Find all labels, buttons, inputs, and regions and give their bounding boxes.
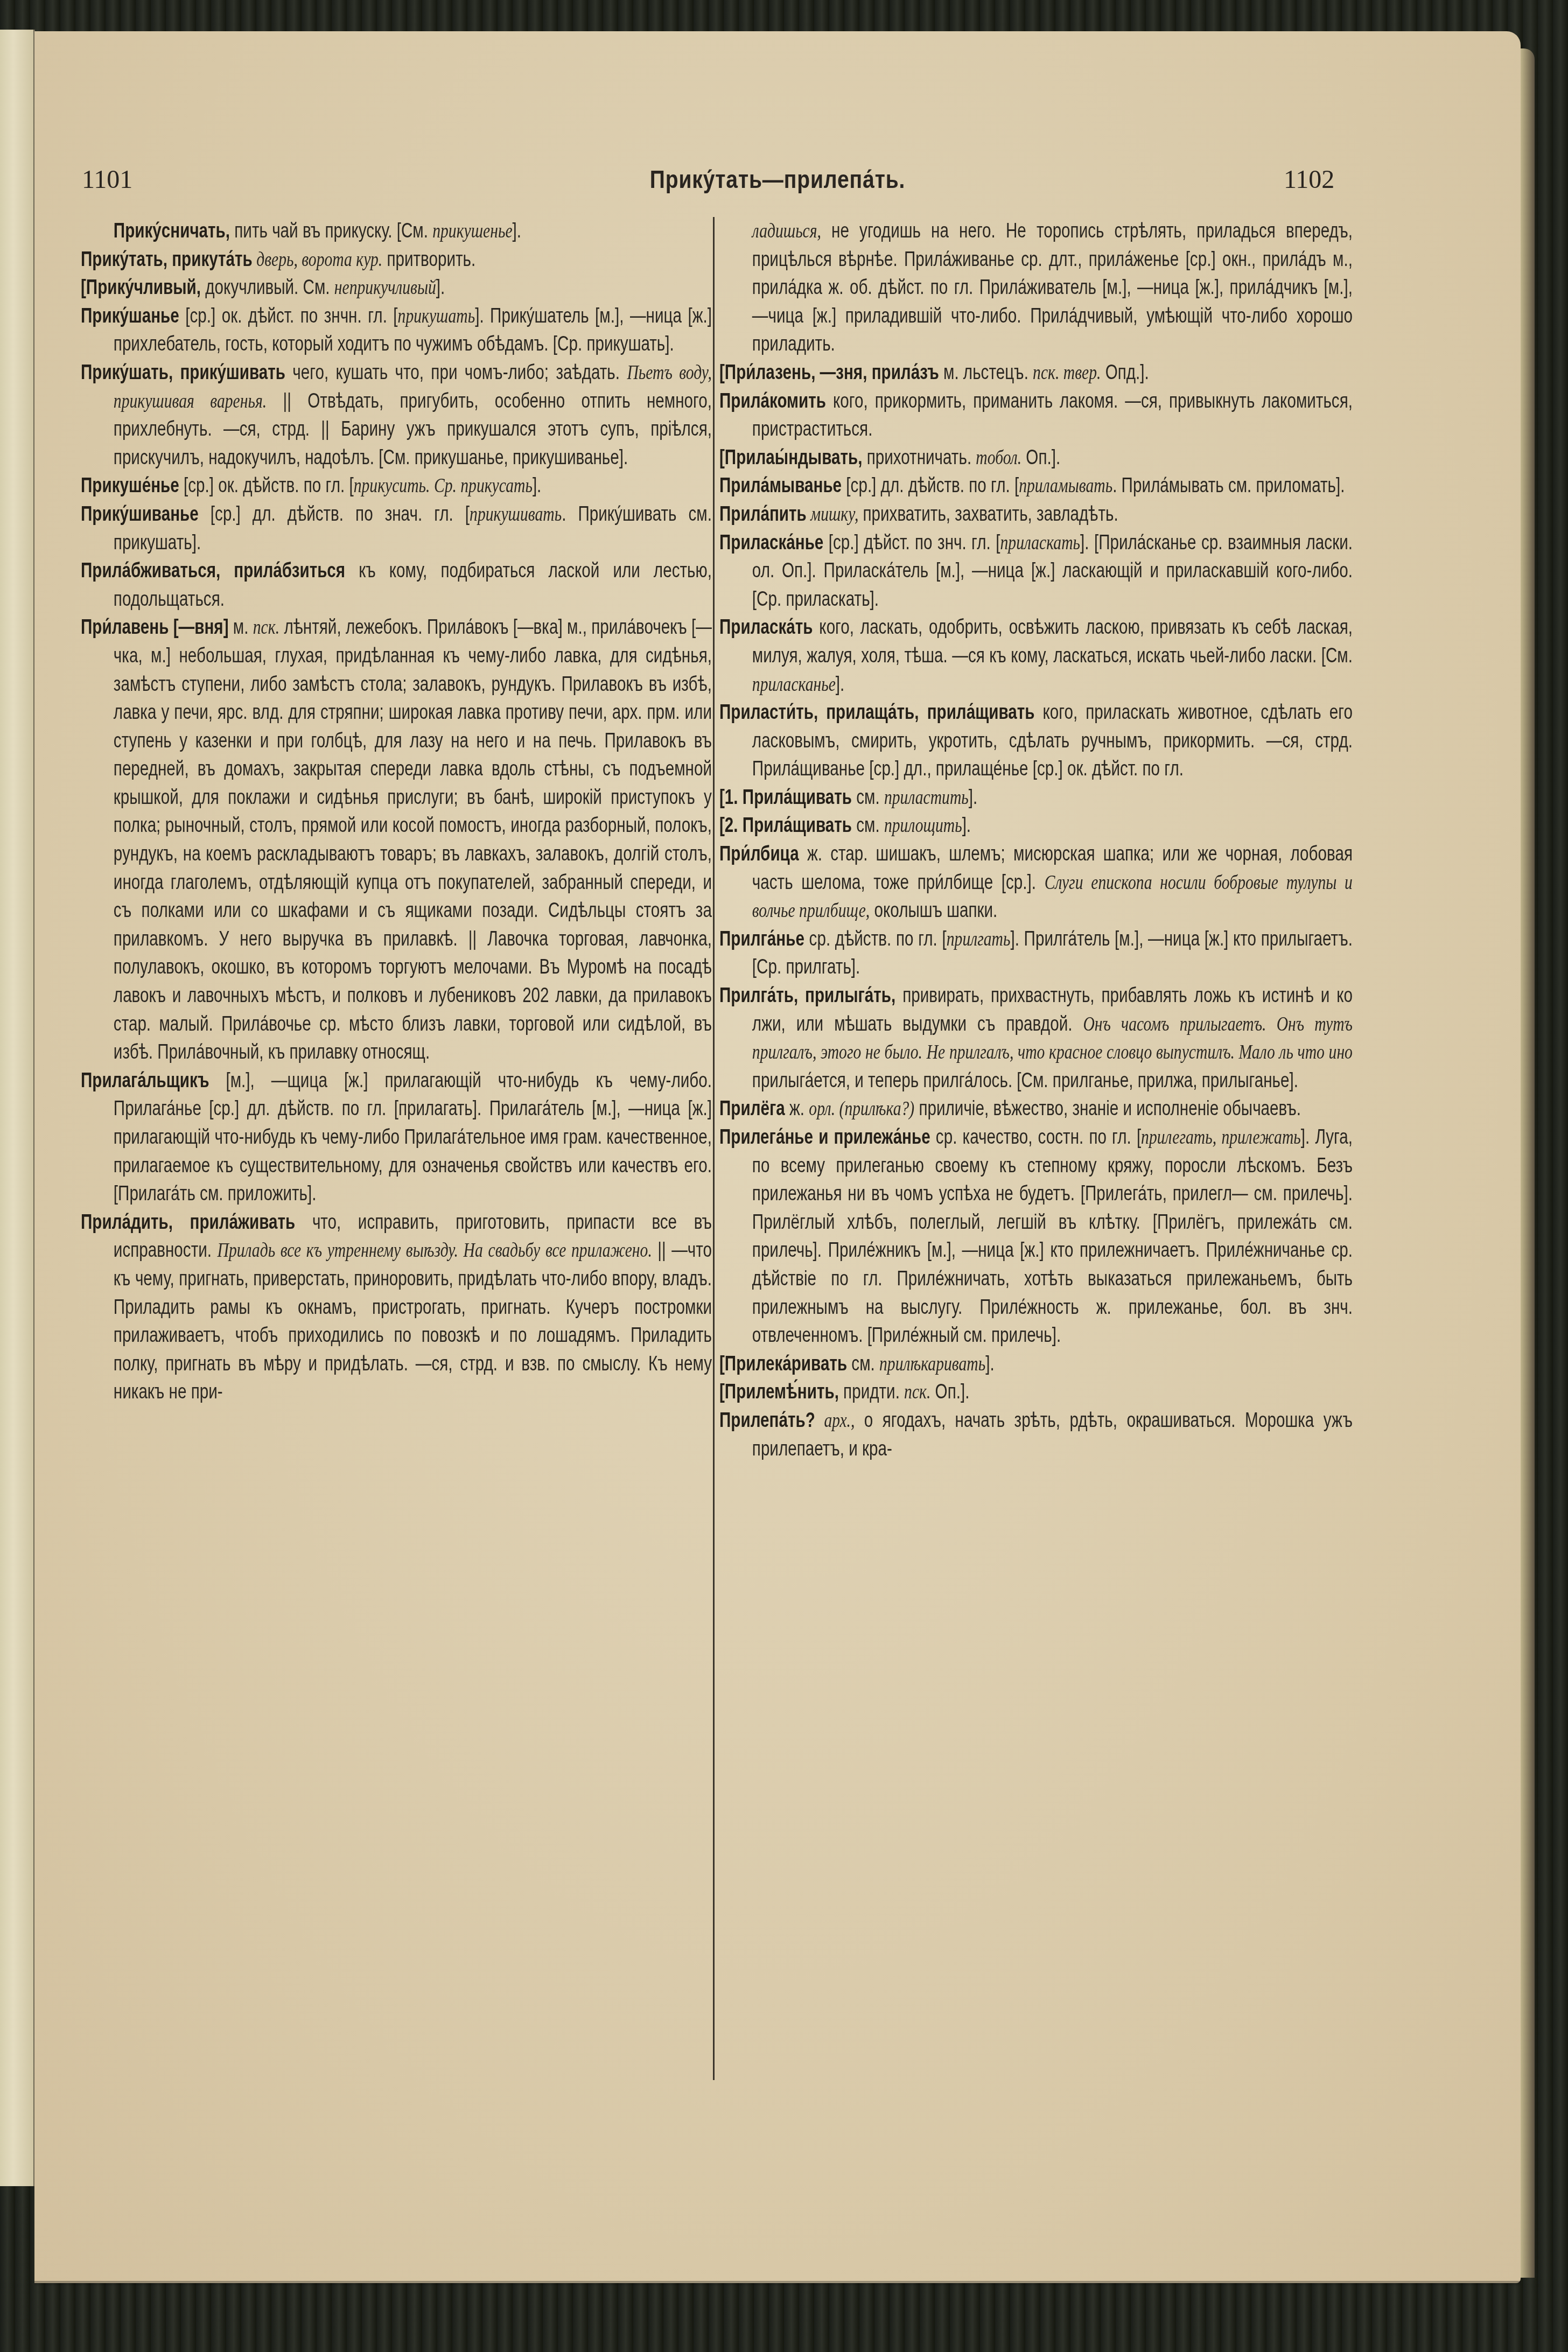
italic-example: ладишься, — [752, 220, 821, 242]
italic-example: дверь, ворота кур. — [253, 248, 382, 271]
entry-text: не угодишь на него. — [821, 220, 1006, 242]
entry-text: ж. — [785, 1097, 809, 1120]
italic-example: Приладь все къ утреннему выѣзду. На свад… — [218, 1239, 652, 1262]
italic-example: тобол. — [976, 446, 1021, 469]
dictionary-entry: [Прику́чливый, докучливый. См. неприкучл… — [81, 274, 712, 302]
entry-text: лѣнтяй, лежебокъ. Прила́вокъ [—вка] м., … — [114, 616, 712, 1063]
entry-text: ср. качество, состн. по гл. [ — [930, 1126, 1141, 1149]
entry-text: Оп.]. — [930, 1381, 969, 1403]
dictionary-entry: Прику́тать, прикута́ть дверь, ворота кур… — [81, 246, 712, 274]
entry-text: [ср.] дл. дѣйств. по знач. гл. [ — [199, 503, 470, 526]
headword: [При́лазень, —зня, прила́зъ — [719, 361, 939, 384]
entry-text: || —что къ чему, пригнать, приверстать, … — [114, 1239, 712, 1403]
entry-text: ]. Луга, по всему прилеганью своему къ с… — [752, 1126, 1353, 1347]
dictionary-entry: Прику́сничать, пить чай въ прикуску. [См… — [81, 217, 712, 246]
italic-example: пск. твер. — [1033, 361, 1101, 384]
dictionary-entry: Прила́мыванье [ср.] дл. дѣйств. по гл. [… — [719, 472, 1353, 500]
dictionary-entry: [2. Прила́щивать см. прилощить]. — [719, 811, 1353, 840]
italic-example: прилегать, прилежать — [1141, 1126, 1301, 1149]
dictionary-entry: Прилга́ть, прилыга́ть, привирать, прихва… — [719, 982, 1353, 1095]
entry-text: кого, ласкать, одобрить, освѣжить ласкою… — [752, 616, 1353, 667]
headword: Прила́бживаться, прила́бзиться — [81, 559, 345, 582]
headword: [Прилаы́ндывать, — [719, 446, 862, 469]
entry-text: околышъ шапки. — [870, 899, 997, 922]
dictionary-entry: [1. Прила́щивать см. приластить]. — [719, 783, 1353, 812]
italic-example: прикушенье — [432, 220, 512, 242]
entry-text: ]. — [836, 673, 844, 696]
facing-page-edge — [0, 30, 35, 2186]
dictionary-entry: Прилега́нье и прилежа́нье ср. качество, … — [719, 1123, 1353, 1350]
dictionary-entry: При́лавень [—вня] м. пск. лѣнтяй, лежебо… — [81, 613, 712, 1067]
entry-text: ]. — [985, 1353, 994, 1375]
dictionary-entry: Прила́комить кого, прикормить, приманить… — [719, 387, 1353, 444]
dictionary-entry: Прила́пить мишку, прихватить, захватить,… — [719, 500, 1353, 529]
entry-text: ]. — [533, 474, 541, 497]
entry-text: см. — [847, 1353, 879, 1375]
entry-text: прихотничать. — [862, 446, 976, 469]
italic-example: прилѣкаривать — [879, 1353, 985, 1375]
entry-text: пить чай въ прикуску. [См. — [230, 220, 432, 242]
entry-text: ср. дѣйств. по гл. [ — [804, 928, 947, 950]
entry-text: ]. — [969, 786, 977, 809]
entry-text: ]. — [436, 276, 445, 299]
entry-text: о ягодахъ, начать зрѣть, рдѣть, окрашива… — [855, 1409, 1245, 1432]
italic-example: орл. (прилѣка?) — [809, 1097, 914, 1120]
entry-text: ]. — [962, 814, 971, 837]
dictionary-entry: [Прилемѣ́нить, придти. пск. Оп.]. — [719, 1378, 1353, 1406]
dictionary-entry: Прикуше́нье [ср.] ок. дѣйств. по гл. [пр… — [81, 472, 712, 500]
italic-example: прилгать — [947, 928, 1011, 950]
dictionary-entry: Прила́дить, прила́живать что, исправить,… — [81, 1208, 712, 1406]
headword: [1. Прила́щивать — [719, 786, 852, 809]
italic-example: пск. — [253, 616, 279, 639]
headword: Прику́шанье — [81, 305, 179, 327]
column-divider — [713, 217, 715, 2080]
italic-example: приласканье — [752, 673, 836, 696]
headword: Прила́мыванье — [719, 474, 842, 497]
dictionary-entry: [Прилека́ривать см. прилѣкаривать]. — [719, 1350, 1353, 1378]
right-column: ладишься, не угодишь на него. Не торопис… — [719, 217, 1353, 1463]
dictionary-entry: [Прилаы́ндывать, прихотничать. тобол. Оп… — [719, 444, 1353, 472]
dictionary-entry: Прилёга ж. орл. (прилѣка?) приличiе, вѣж… — [719, 1095, 1353, 1123]
italic-example: прикушивать — [470, 503, 562, 526]
entry-text: приличiе, вѣжество, знанiе и исполненiе … — [914, 1097, 1301, 1120]
page-bottom-shadow — [34, 2281, 1521, 2286]
headword: Прику́шать, прику́шивать — [81, 361, 285, 384]
entry-text: см. — [852, 814, 884, 837]
dictionary-entry: Прилепа́ть? арх., о ягодахъ, начать зрѣт… — [719, 1406, 1353, 1463]
entry-text: докучливый. См. — [201, 276, 334, 299]
dictionary-entry: Приласка́нье [ср.] дѣйст. по знч. гл. [п… — [719, 529, 1353, 614]
headword: Прила́пить — [719, 503, 807, 526]
headword: [Прику́чливый, — [81, 276, 201, 299]
italic-example: прилощить — [884, 814, 962, 837]
headword: Прику́сничать, — [114, 220, 230, 242]
italic-example: пск. — [904, 1381, 930, 1403]
headword: Прилга́нье — [719, 928, 804, 950]
headword: Приласка́нье — [719, 531, 823, 554]
headword: [Прилека́ривать — [719, 1353, 847, 1375]
page-number-left: 1101 — [82, 165, 132, 194]
dictionary-entry: Прику́шать, прику́шивать чего, кушать чт… — [81, 359, 712, 472]
left-column: Прику́сничать, пить чай въ прикуску. [См… — [81, 217, 712, 1406]
headword: [Прилемѣ́нить, — [719, 1381, 839, 1403]
italic-example: приласкать — [1000, 531, 1080, 554]
entry-text: чего, кушать что, при чомъ-либо; заѣдать… — [285, 361, 627, 384]
headword: Прику́тать, прикута́ть — [81, 248, 253, 271]
page-number-right: 1102 — [1284, 165, 1334, 194]
entry-text: см. — [852, 786, 884, 809]
dictionary-entry: Прилага́льщикъ [м.], —щица [ж.] прилагаю… — [81, 1067, 712, 1208]
headword: [2. Прила́щивать — [719, 814, 852, 837]
italic-example: неприкучливый — [334, 276, 436, 299]
dictionary-entry: Прила́бживаться, прила́бзиться къ кому, … — [81, 557, 712, 613]
running-title: Прику́тать—прилепа́ть. — [146, 165, 1409, 194]
entry-text: Прилага́нье [ср.] дл. дѣйств. по гл. [пр… — [114, 1097, 712, 1205]
entry-text: м. — [229, 616, 253, 639]
page-header: 1101 Прику́тать—прилепа́ть. 1102 — [34, 165, 1521, 208]
italic-example: приламывать — [1019, 474, 1112, 497]
italic-example: арх., — [815, 1409, 855, 1432]
headword: Приласка́ть — [719, 616, 813, 639]
headword: Прила́комить — [719, 390, 826, 412]
entry-text: Опд.]. — [1101, 361, 1149, 384]
entry-text: [ср.] ок. дѣйств. по гл. [ — [179, 474, 354, 497]
headword: Прилёга — [719, 1097, 785, 1120]
entry-text: ]. — [513, 220, 521, 242]
entry-text: [ср.] дѣйст. по знч. гл. [ — [823, 531, 1000, 554]
entry-text: кого, прикормить, приманить лакомя. —ся,… — [752, 390, 1353, 441]
dictionary-entry: При́лбица ж. стар. шишакъ, шлемъ; мисюрс… — [719, 840, 1353, 925]
entry-text: притворить. — [382, 248, 475, 271]
entry-text: прихватить, захватить, завладѣть. — [858, 503, 1118, 526]
headword: Прила́дить, прила́живать — [81, 1211, 295, 1234]
dictionary-entry: Прику́шиванье [ср.] дл. дѣйств. по знач.… — [81, 500, 712, 557]
headword: Прилепа́ть? — [719, 1409, 815, 1432]
italic-example: прикушать — [398, 305, 475, 327]
headword: При́лбица — [719, 843, 799, 865]
dictionary-entry: Приласка́ть кого, ласкать, одобрить, осв… — [719, 613, 1353, 698]
entry-text: [ср.] ок. дѣйст. по знчн. гл. [ — [179, 305, 398, 327]
headword: Прикуше́нье — [81, 474, 179, 497]
entry-text: м. льстецъ. — [939, 361, 1033, 384]
dictionary-page: 1101 Прику́тать—прилепа́ть. 1102 Прику́с… — [34, 31, 1521, 2283]
headword: При́лавень [—вня] — [81, 616, 229, 639]
italic-example: приластить — [884, 786, 969, 809]
italic-example: прикусить. Ср. прикусать — [354, 474, 533, 497]
entry-text: прилыга́ется, и теперь прилга́лось. [См.… — [752, 1069, 1298, 1092]
dictionary-entry: ладишься, не угодишь на него. Не торопис… — [719, 217, 1353, 359]
headword: Приласти́ть, прилаща́ть, прила́щивать — [719, 701, 1034, 724]
dictionary-entry: Прилга́нье ср. дѣйств. по гл. [прилгать]… — [719, 925, 1353, 982]
headword: Прику́шиванье — [81, 503, 199, 526]
entry-text: [ср.] дл. дѣйств. по гл. [ — [842, 474, 1019, 497]
entry-text: [м.], —щица [ж.] прилагающій что-нибудь … — [209, 1069, 711, 1092]
headword: Прилега́нье и прилежа́нье — [719, 1126, 930, 1149]
italic-example: мишку, — [807, 503, 858, 526]
entry-text: . Прила́мывать см. приломать]. — [1112, 474, 1345, 497]
dictionary-entry: Прику́шанье [ср.] ок. дѣйст. по знчн. гл… — [81, 302, 712, 359]
dictionary-entry: Приласти́ть, прилаща́ть, прила́щивать ко… — [719, 698, 1353, 783]
dictionary-entry: [При́лазень, —зня, прила́зъ м. льстецъ. … — [719, 359, 1353, 387]
headword: Прилга́ть, прилыга́ть, — [719, 984, 895, 1007]
entry-text: Оп.]. — [1021, 446, 1060, 469]
entry-text: придти. — [839, 1381, 904, 1403]
headword: Прилага́льщикъ — [81, 1069, 209, 1092]
